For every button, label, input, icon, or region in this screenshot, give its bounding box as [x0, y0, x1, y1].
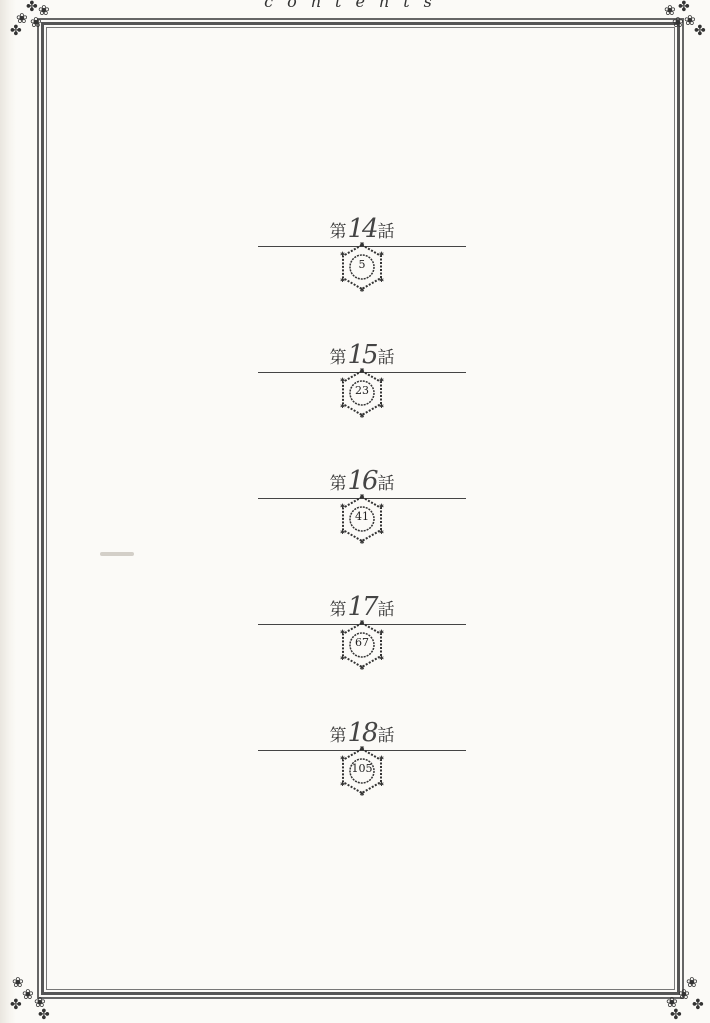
svg-text:✱: ✱	[379, 781, 384, 788]
svg-text:✱: ✱	[340, 251, 345, 258]
page-number: 67	[337, 636, 387, 649]
svg-text:✱: ✱	[359, 413, 364, 418]
svg-text:✱: ✱	[359, 539, 364, 544]
page-edge	[0, 0, 16, 1023]
svg-text:✱: ✱	[379, 503, 384, 510]
svg-text:✱: ✱	[340, 755, 345, 762]
snowflake-medallion-icon: ✱✱✱✱✱✱ 5	[337, 242, 387, 292]
page-number: 41	[337, 510, 387, 523]
svg-text:✱: ✱	[359, 665, 364, 670]
svg-text:✱: ✱	[379, 655, 384, 662]
svg-text:✱: ✱	[379, 529, 384, 536]
svg-text:✱: ✱	[340, 655, 345, 662]
svg-text:✱: ✱	[340, 503, 345, 510]
svg-text:✱: ✱	[379, 377, 384, 384]
svg-text:✱: ✱	[340, 629, 345, 636]
toc-entry[interactable]: 第17話 ✱✱✱✱✱✱ 67	[258, 592, 466, 682]
page-number: 5	[337, 258, 387, 271]
svg-text:✱: ✱	[379, 755, 384, 762]
svg-text:✱: ✱	[359, 242, 364, 248]
svg-text:✱: ✱	[359, 368, 364, 374]
snowflake-medallion-icon: ✱✱✱✱✱✱ 67	[337, 620, 387, 670]
svg-text:✱: ✱	[359, 494, 364, 500]
svg-text:✱: ✱	[359, 791, 364, 796]
svg-text:✱: ✱	[379, 251, 384, 258]
toc-entry[interactable]: 第14話 ✱✱✱✱✱✱ 5	[258, 214, 466, 304]
snowflake-medallion-icon: ✱✱✱✱✱✱ 41	[337, 494, 387, 544]
chapter-title: 第14話	[258, 214, 466, 244]
toc-entry[interactable]: 第16話 ✱✱✱✱✱✱ 41	[258, 466, 466, 556]
chapter-title: 第18話	[258, 718, 466, 748]
svg-text:✱: ✱	[359, 746, 364, 752]
svg-text:✱: ✱	[340, 529, 345, 536]
snowflake-medallion-icon: ✱✱✱✱✱✱ 23	[337, 368, 387, 418]
chapter-title: 第16話	[258, 466, 466, 496]
contents-page: contents ✤❀❀✤❀ ❀✤❀✤❀ ❀❀✤❀✤ ❀❀✤❀✤ 第14話 ✱✱…	[0, 0, 710, 1023]
svg-text:✱: ✱	[340, 377, 345, 384]
snowflake-medallion-icon: ✱✱✱✱✱✱ 105	[337, 746, 387, 796]
svg-text:✱: ✱	[379, 277, 384, 284]
floral-corner-icon: ❀✤❀✤❀	[662, 0, 706, 44]
toc-entry[interactable]: 第15話 ✱✱✱✱✱✱ 23	[258, 340, 466, 430]
svg-text:✱: ✱	[379, 629, 384, 636]
svg-text:✱: ✱	[340, 277, 345, 284]
page-number: 23	[337, 384, 387, 397]
svg-text:✱: ✱	[359, 287, 364, 292]
floral-corner-icon: ✤❀❀✤❀	[8, 0, 52, 44]
chapter-title: 第17話	[258, 592, 466, 622]
svg-text:✱: ✱	[379, 403, 384, 410]
paper-smudge	[100, 552, 134, 556]
svg-text:✱: ✱	[359, 620, 364, 626]
floral-corner-icon: ❀❀✤❀✤	[8, 976, 52, 1020]
floral-corner-icon: ❀❀✤❀✤	[662, 976, 706, 1020]
page-number: 105	[337, 762, 387, 775]
page-title: contents	[0, 0, 710, 11]
svg-text:✱: ✱	[340, 403, 345, 410]
toc-entry[interactable]: 第18話 ✱✱✱✱✱✱ 105	[258, 718, 466, 808]
chapter-title: 第15話	[258, 340, 466, 370]
svg-text:✱: ✱	[340, 781, 345, 788]
